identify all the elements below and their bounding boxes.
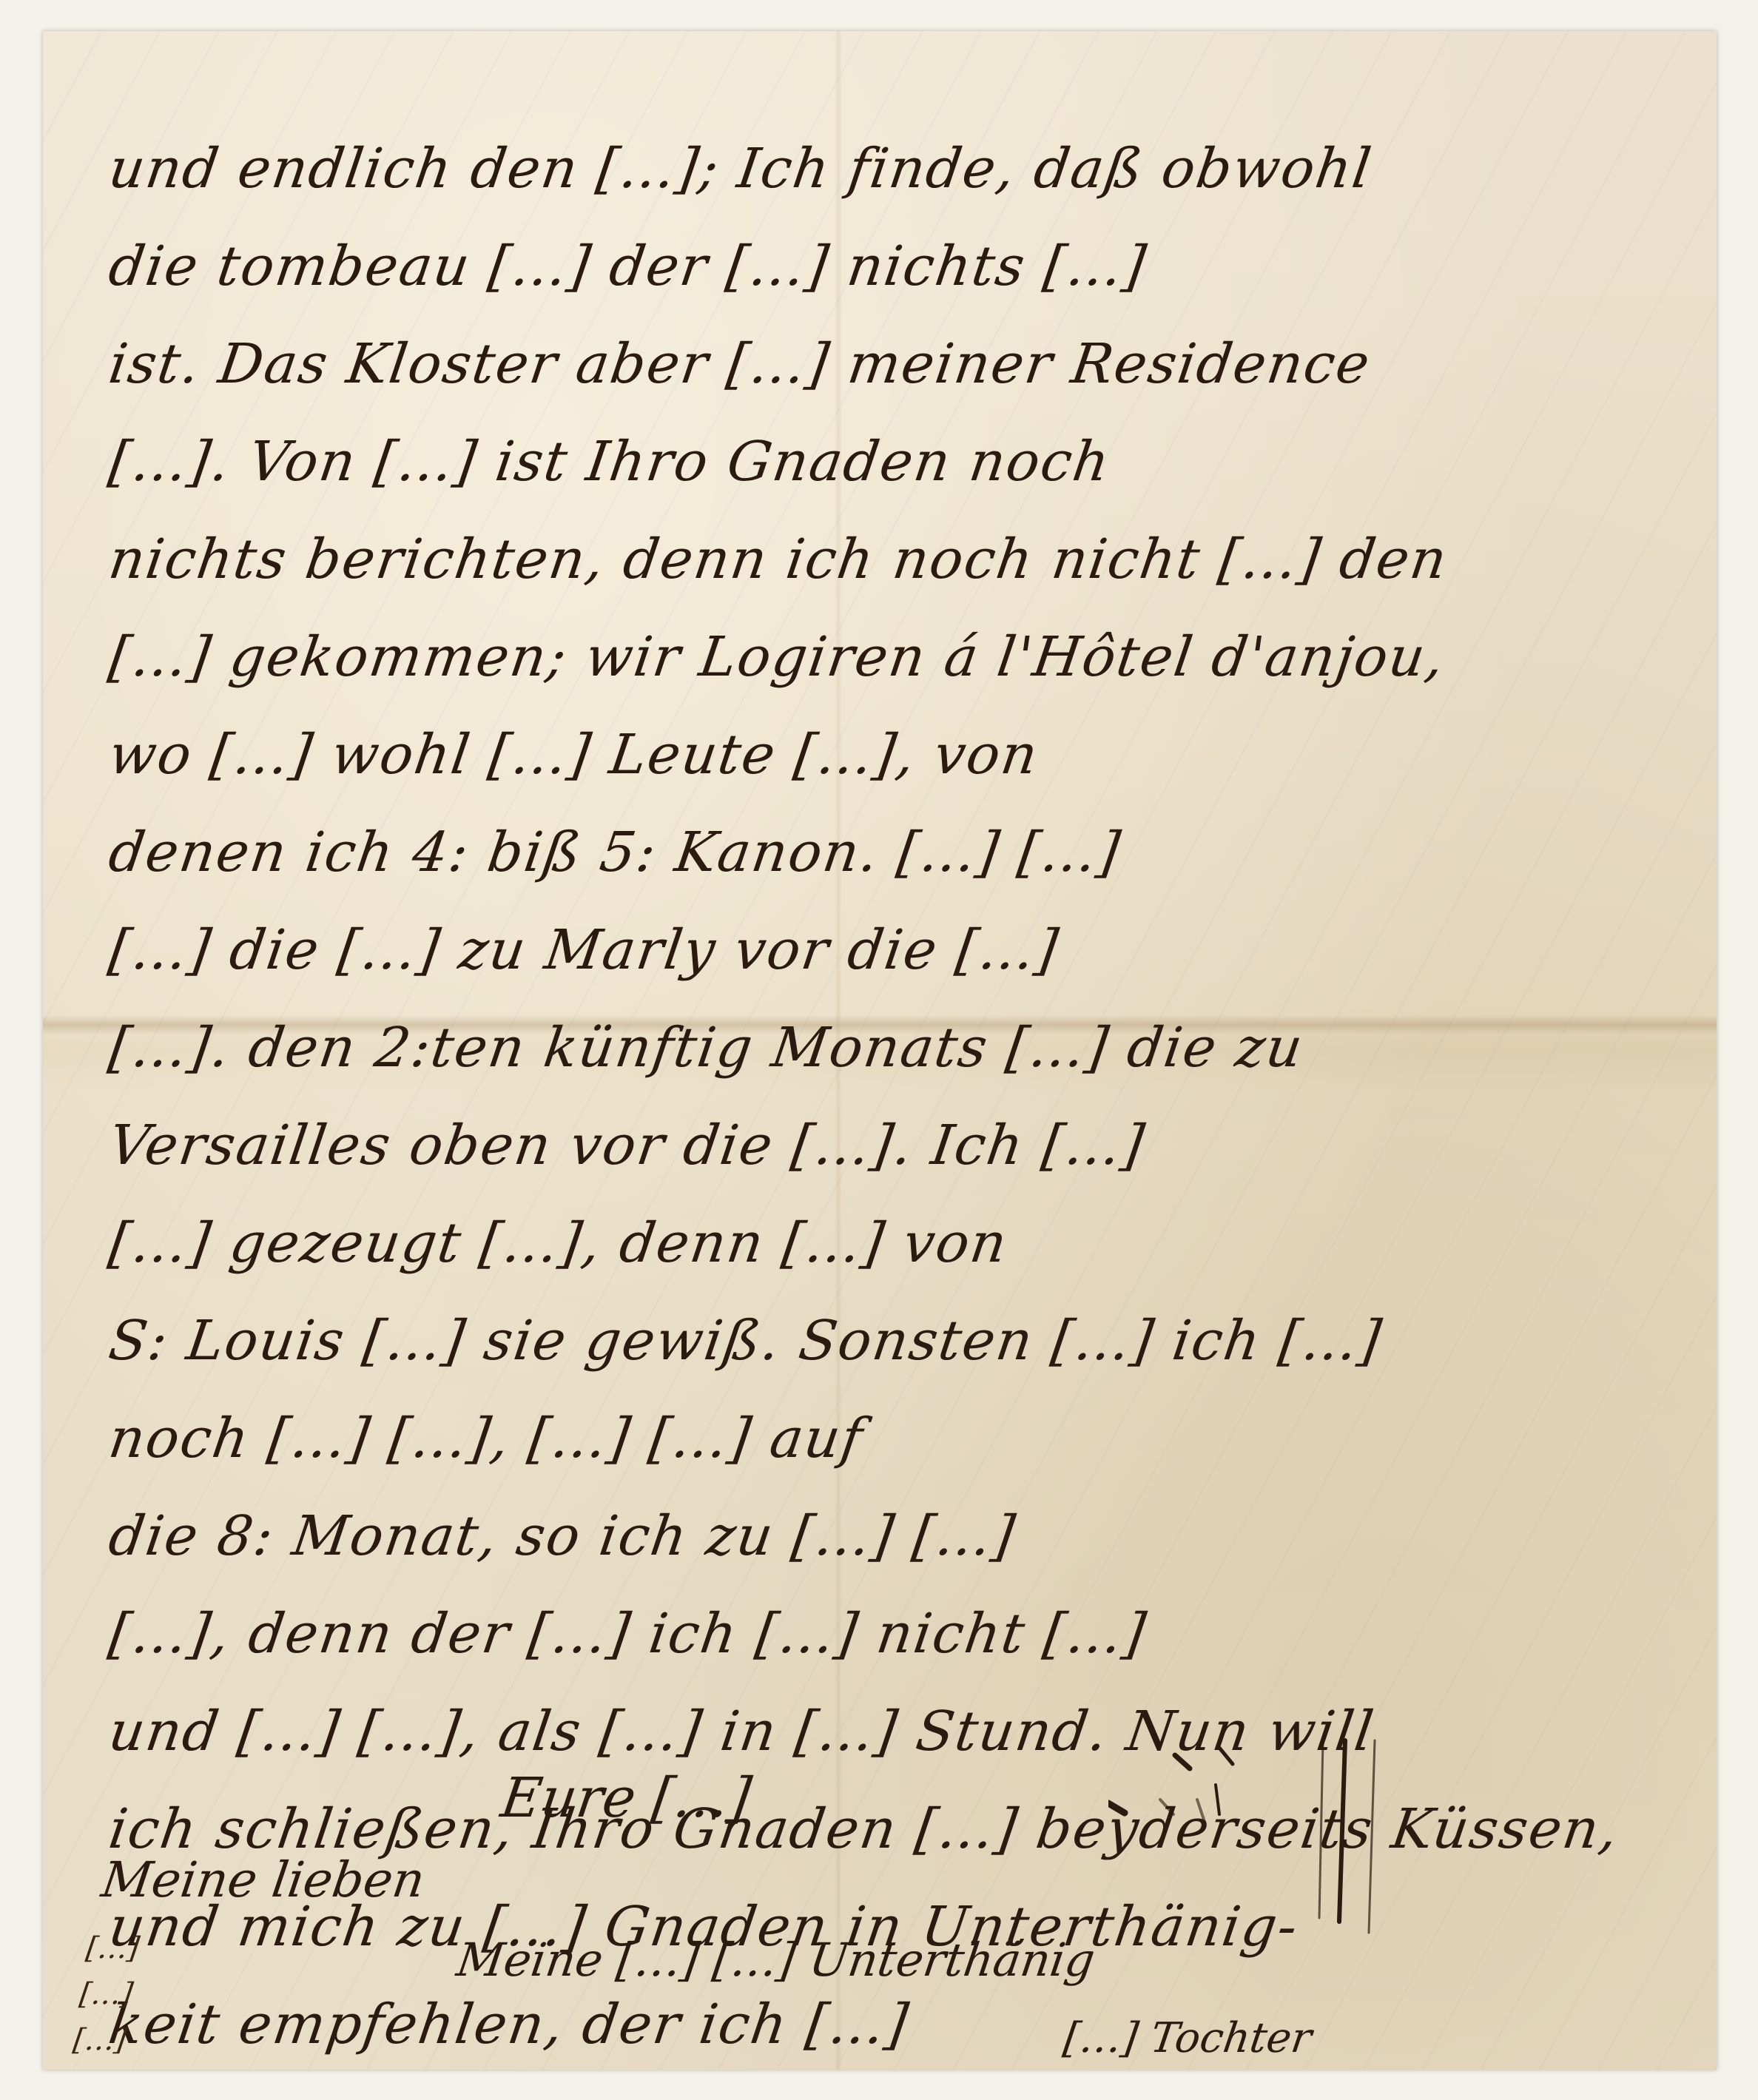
margin-note-line: […] [70, 2017, 462, 2063]
letter-line: S: Louis […] sie gewiß. Sonsten […] ich … [103, 1292, 1693, 1390]
closing-phrase: Eure […] [497, 1766, 755, 1830]
letter-line: […]. den 2:ten künftig Monats […] die zu [103, 999, 1693, 1097]
letter-line: Versailles oben vor die […]. Ich […] [103, 1097, 1693, 1194]
letter-line: die tombeau […] der […] nichts […] [103, 218, 1693, 315]
letter-line: noch […] […], […] […] auf [103, 1390, 1693, 1487]
letter-line: […]. Von […] ist Ihro Gnaden noch [103, 413, 1693, 511]
signature-line-2: […] Tochter [1060, 2014, 1314, 2062]
letter-line: ist. Das Kloster aber […] meiner Residen… [103, 315, 1693, 413]
letter-line: denen ich 4: biß 5: Kanon. […] […] [103, 804, 1693, 901]
letter-line: nichts berichten, denn ich noch nicht […… [103, 511, 1693, 608]
letter-line: […] gekommen; wir Logiren á l'Hôtel d'an… [103, 608, 1693, 706]
letter-line: […], denn der […] ich […] nicht […] [103, 1585, 1693, 1683]
margin-note: […] […] […] [70, 1925, 474, 2063]
pen-test-marks-icon [1108, 1733, 1523, 1970]
margin-note-line: […] [83, 1925, 474, 1971]
letter-line: […] gezeugt […], denn […] von [103, 1194, 1693, 1292]
letter-line: […] die […] zu Marly vor die […] [103, 901, 1693, 999]
transcription-note: Partial, approximate transcription. The … [43, 31, 44, 32]
letter-line: und endlich den […]; Ich finde, daß obwo… [103, 120, 1693, 218]
letter-sheet: und endlich den […]; Ich finde, daß obwo… [43, 31, 1717, 2070]
margin-note-line: […] [77, 1971, 468, 2017]
signature-line-1: Meine […] […] Unterthänig [454, 1933, 1098, 1987]
letter-line: wo […] wohl […] Leute […], von [103, 706, 1693, 804]
salutation: Meine lieben [98, 1851, 428, 1908]
letter-line: die 8: Monat, so ich zu […] […] [103, 1487, 1693, 1585]
